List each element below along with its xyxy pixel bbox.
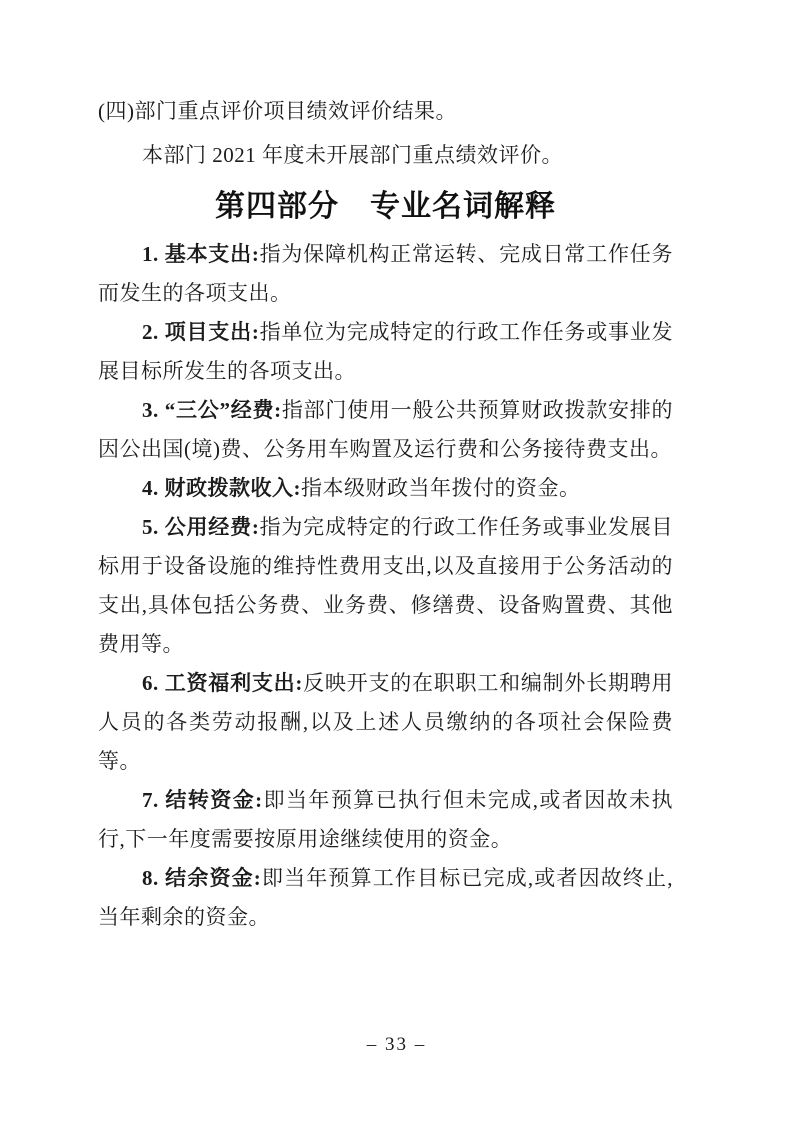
part-title: 第四部分 专业名词解释 [98, 185, 673, 229]
term-label: 8. 结余资金: [142, 866, 261, 890]
term-item-8: 8. 结余资金:即当年预算工作目标已完成,或者因故终止,当年剩余的资金。 [98, 859, 673, 937]
term-item-5: 5. 公用经费:指为完成特定的行政工作任务或事业发展目标用于设备设施的维持性费用… [98, 508, 673, 664]
term-label: 7. 结转资金: [142, 788, 263, 812]
term-item-7: 7. 结转资金:即当年预算已执行但未完成,或者因故未执行,下一年度需要按原用途继… [98, 781, 673, 859]
term-item-1: 1. 基本支出:指为保障机构正常运转、完成日常工作任务而发生的各项支出。 [98, 235, 673, 313]
page-number: – 33 – [0, 1032, 793, 1058]
term-text: 指本级财政当年拨付的资金。 [301, 476, 581, 500]
term-label: 4. 财政拨款收入: [142, 476, 301, 500]
document-page: (四)部门重点评价项目绩效评价结果。 本部门 2021 年度未开展部门重点绩效评… [0, 0, 793, 1122]
term-item-2: 2. 项目支出:指单位为完成特定的行政工作任务或事业发展目标所发生的各项支出。 [98, 313, 673, 391]
section-body: 本部门 2021 年度未开展部门重点绩效评价。 [98, 136, 673, 175]
term-item-4: 4. 财政拨款收入:指本级财政当年拨付的资金。 [98, 469, 673, 508]
term-item-6: 6. 工资福利支出:反映开支的在职职工和编制外长期聘用人员的各类劳动报酬,以及上… [98, 664, 673, 781]
term-label: 1. 基本支出: [142, 242, 259, 266]
document-content: (四)部门重点评价项目绩效评价结果。 本部门 2021 年度未开展部门重点绩效评… [98, 92, 673, 937]
section-heading: (四)部门重点评价项目绩效评价结果。 [98, 92, 673, 131]
term-label: 6. 工资福利支出: [142, 671, 303, 695]
term-label: 2. 项目支出: [142, 320, 259, 344]
term-label: 5. 公用经费: [142, 515, 259, 539]
term-label: 3. “三公”经费: [142, 398, 282, 422]
term-item-3: 3. “三公”经费:指部门使用一般公共预算财政拨款安排的因公出国(境)费、公务用… [98, 391, 673, 469]
